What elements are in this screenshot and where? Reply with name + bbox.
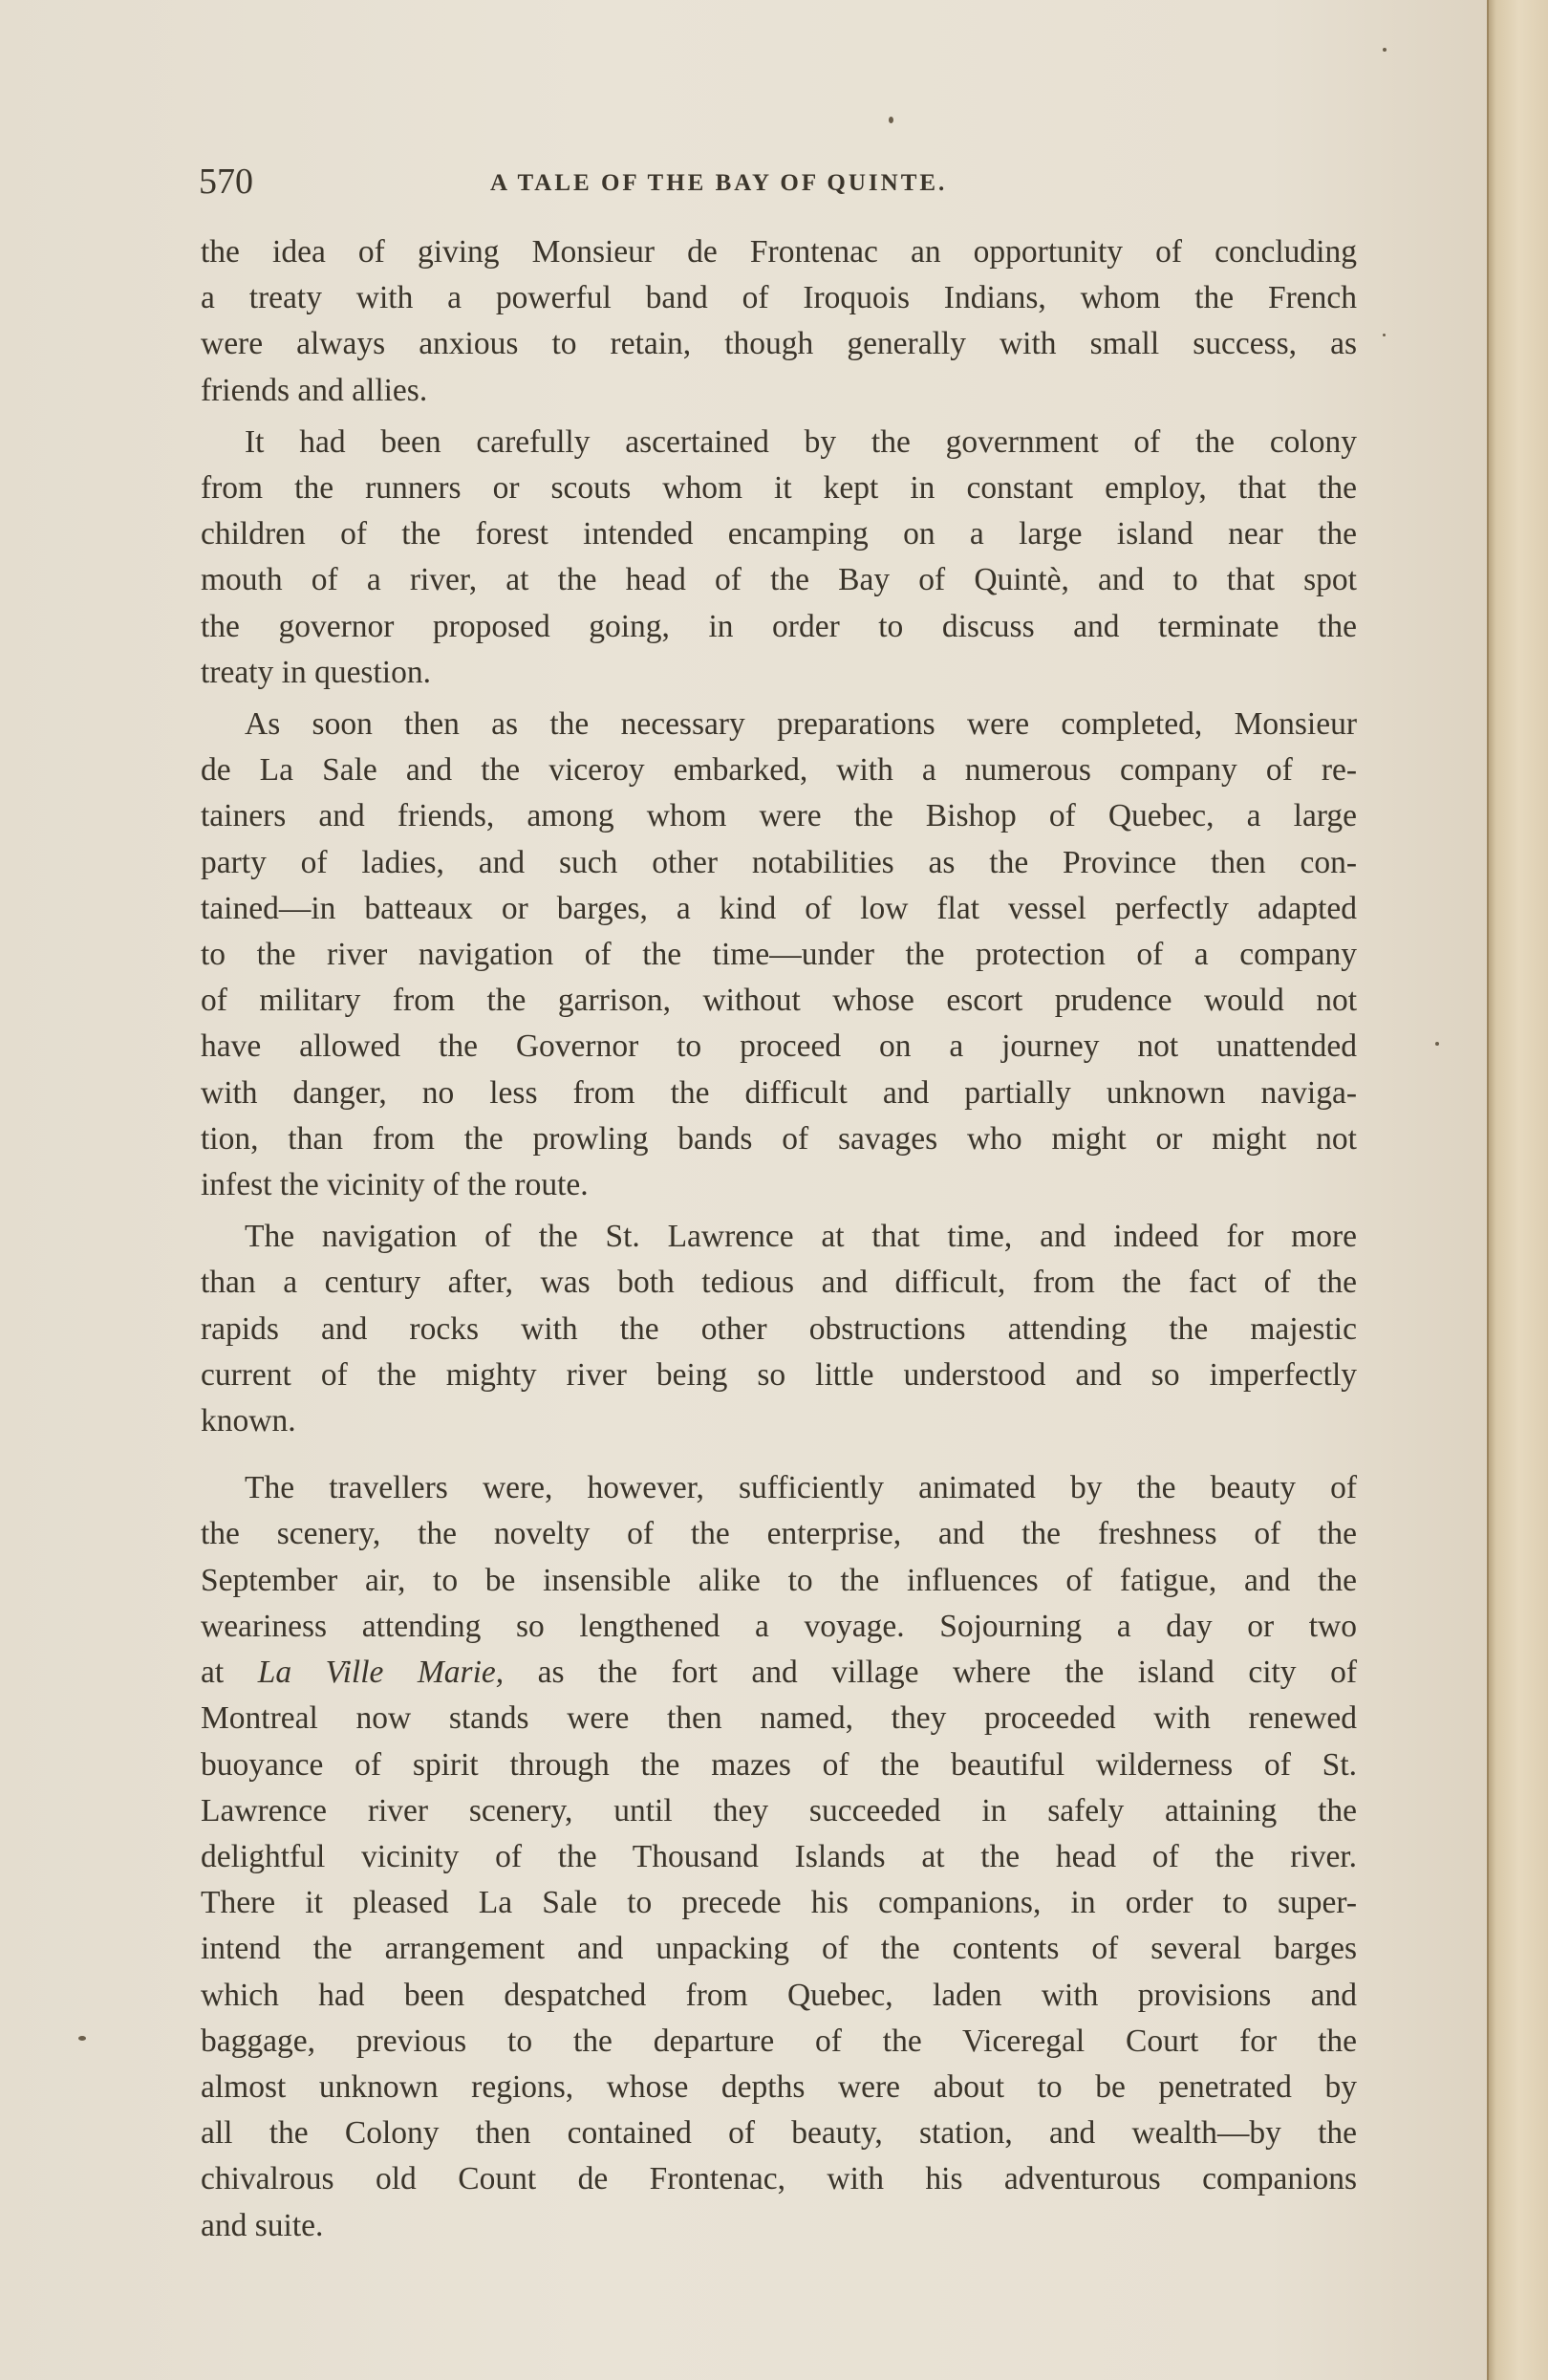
running-head: A TALE OF THE BAY OF QUINTE.: [490, 170, 947, 197]
text-line: infest the vicinity of the route.: [201, 1162, 1357, 1208]
text-line: the governor proposed going, in order to…: [201, 604, 1357, 650]
text-line: baggage, previous to the departure of th…: [201, 2019, 1357, 2065]
text-line: tained—in batteaux or barges, a kind of …: [201, 886, 1357, 932]
text-line: a treaty with a powerful band of Iroquoi…: [201, 275, 1357, 321]
paper-speck: [889, 117, 893, 123]
text-line-with-italic: at La Ville Marie, as the fort and villa…: [201, 1650, 1357, 1696]
text-line: delightful vicinity of the Thousand Isla…: [201, 1834, 1357, 1880]
text-line: Montreal now stands were then named, the…: [201, 1696, 1357, 1742]
text-line: As soon then as the necessary preparatio…: [201, 702, 1357, 747]
text-fragment: at: [201, 1655, 258, 1690]
text-line: buoyance of spirit through the mazes of …: [201, 1742, 1357, 1788]
text-line: rapids and rocks with the other obstruct…: [201, 1307, 1357, 1352]
text-line: chivalrous old Count de Frontenac, with …: [201, 2156, 1357, 2202]
text-line: the scenery, the novelty of the enterpri…: [201, 1511, 1357, 1557]
text-line: known.: [201, 1398, 1357, 1444]
text-line: It had been carefully ascertained by the…: [201, 420, 1357, 465]
page-header: 570 A TALE OF THE BAY OF QUINTE.: [199, 161, 1345, 208]
text-fragment: as the fort and village where the island…: [504, 1655, 1357, 1690]
paper-speck: [1383, 334, 1386, 336]
text-line: the idea of giving Monsieur de Frontenac…: [201, 229, 1357, 275]
text-line: party of ladies, and such other notabili…: [201, 840, 1357, 886]
page-gutter-edge: [1487, 0, 1548, 2380]
text-line: have allowed the Governor to proceed on …: [201, 1024, 1357, 1070]
paper-speck: [1383, 48, 1387, 52]
text-line: mouth of a river, at the head of the Bay…: [201, 557, 1357, 603]
text-line: all the Colony then contained of beauty,…: [201, 2110, 1357, 2156]
text-line: September air, to be insensible alike to…: [201, 1558, 1357, 1604]
text-line: of military from the garrison, without w…: [201, 978, 1357, 1024]
paper-speck: [78, 2036, 86, 2041]
paragraph: the idea of giving Monsieur de Frontenac…: [201, 229, 1357, 414]
paragraph: It had been carefully ascertained by the…: [201, 420, 1357, 696]
text-line: There it pleased La Sale to precede his …: [201, 1880, 1357, 1926]
text-line: weariness attending so lengthened a voya…: [201, 1604, 1357, 1650]
text-line: friends and allies.: [201, 368, 1357, 414]
text-line: current of the mighty river being so lit…: [201, 1352, 1357, 1398]
paragraph: As soon then as the necessary preparatio…: [201, 702, 1357, 1208]
text-line: and suite.: [201, 2203, 1357, 2249]
paragraph: The travellers were, however, sufficient…: [201, 1465, 1357, 2248]
text-line: to the river navigation of the time—unde…: [201, 932, 1357, 978]
text-line: with danger, no less from the difficult …: [201, 1071, 1357, 1116]
text-line: which had been despatched from Quebec, l…: [201, 1973, 1357, 2019]
text-line: from the runners or scouts whom it kept …: [201, 465, 1357, 511]
text-line: children of the forest intended encampin…: [201, 511, 1357, 557]
text-line: de La Sale and the viceroy embarked, wit…: [201, 747, 1357, 793]
paper-speck: [1435, 1042, 1439, 1046]
text-line: The travellers were, however, sufficient…: [201, 1465, 1357, 1511]
page-number: 570: [199, 161, 253, 203]
text-line: The navigation of the St. Lawrence at th…: [201, 1214, 1357, 1260]
text-line: almost unknown regions, whose depths wer…: [201, 2065, 1357, 2110]
body-text: the idea of giving Monsieur de Frontenac…: [201, 229, 1357, 2249]
text-line: Lawrence river scenery, until they succe…: [201, 1788, 1357, 1834]
text-line: tion, than from the prowling bands of sa…: [201, 1116, 1357, 1162]
paragraph: The navigation of the St. Lawrence at th…: [201, 1214, 1357, 1444]
italic-place-name: La Ville Marie,: [258, 1655, 504, 1690]
text-line: were always anxious to retain, though ge…: [201, 321, 1357, 367]
text-line: treaty in question.: [201, 650, 1357, 696]
text-line: intend the arrangement and unpacking of …: [201, 1926, 1357, 1972]
text-line: than a century after, was both tedious a…: [201, 1260, 1357, 1306]
text-line: tainers and friends, among whom were the…: [201, 793, 1357, 839]
